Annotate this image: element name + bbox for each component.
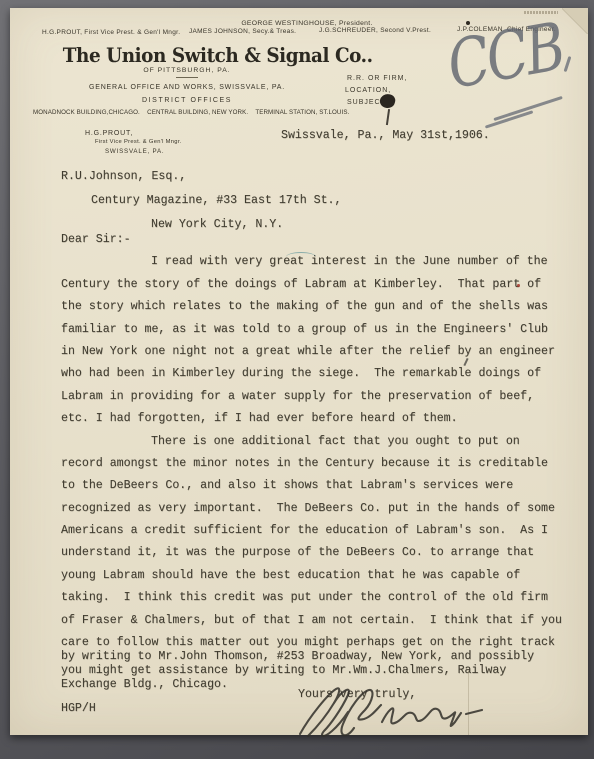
- body-line: etc. I had forgotten, if I had ever befo…: [61, 413, 583, 435]
- writer-city: SWISSVALE, PA.: [105, 149, 164, 155]
- body-line: familiar to me, as it was told to a grou…: [61, 324, 583, 346]
- district-offices-line: MONADNOCK BUILDING,CHICAGO. CENTRAL BUIL…: [33, 110, 343, 116]
- body-line: Americans a credit sufficient for the ed…: [61, 525, 583, 547]
- ink-blot: [378, 92, 396, 109]
- recipient-city: New York City, N.Y.: [151, 219, 283, 231]
- dateline: Swissvale, Pa., May 31st,1906.: [281, 130, 490, 142]
- signature-strokes: [278, 680, 518, 742]
- body-line: Labram in providing for a water supply f…: [61, 391, 583, 413]
- company-name: The Union Switch & Signal Co..: [63, 45, 311, 65]
- recipient-name: R.U.Johnson, Esq.,: [61, 171, 186, 183]
- body-line: you might get assistance by writing to M…: [61, 665, 583, 679]
- salutation: Dear Sir:-: [61, 234, 583, 256]
- company-of-line: OF PITTSBURGH, PA.: [52, 68, 322, 75]
- scan-background: GEORGE WESTINGHOUSE, President. H.G.PROU…: [0, 0, 594, 759]
- body-line: recognized as very important. The DeBeer…: [61, 503, 583, 525]
- folded-corner: [562, 8, 588, 34]
- writer-name: H.G.PROUT,: [85, 130, 133, 137]
- general-office-line: GENERAL OFFICE AND WORKS, SWISSVALE, PA.: [52, 84, 322, 91]
- body-line: of Fraser & Chalmers, but of that I am n…: [61, 615, 583, 637]
- signature: [278, 680, 518, 742]
- body-line: understand it, it was the purpose of the…: [61, 547, 583, 569]
- form-label-rr-or-firm: R.R. OR FIRM,: [347, 75, 407, 82]
- body-line: I read with very great interest in the J…: [61, 256, 583, 278]
- letterhead-officer-johnson: JAMES JOHNSON, Secy.& Treas.: [189, 29, 296, 36]
- body-line: taking. I think this credit was put unde…: [61, 592, 583, 614]
- body-line: There is one additional fact that you ou…: [61, 436, 583, 458]
- body-line: the story which relates to the making of…: [61, 301, 583, 323]
- handwritten-initials: CCB: [443, 14, 568, 99]
- body-line: in New York one night not a great while …: [61, 346, 583, 368]
- letter-body: Dear Sir:- I read with very great intere…: [61, 234, 583, 693]
- body-line: Century the story of the doings of Labra…: [61, 279, 583, 301]
- body-line: who had been in Kimberley during the sie…: [61, 368, 583, 390]
- form-label-location: LOCATION,: [345, 87, 391, 94]
- body-line: to the DeBeers Co., and also it shows th…: [61, 480, 583, 502]
- body-line: care to follow this matter out you might…: [61, 637, 583, 651]
- body-line: young Labram should have the best educat…: [61, 570, 583, 592]
- typist-initials: HGP/H: [61, 703, 96, 715]
- district-offices-label: DISTRICT OFFICES: [52, 97, 322, 104]
- letter-page: GEORGE WESTINGHOUSE, President. H.G.PROU…: [10, 8, 588, 735]
- blue-pencil-arc: [286, 252, 316, 262]
- body-line: by writing to Mr.John Thomson, #253 Broa…: [61, 651, 583, 665]
- ink-blot-drip: [386, 109, 390, 125]
- red-speck: [517, 284, 520, 287]
- letterhead-officer-prout: H.G.PROUT, First Vice Prest. & Gen'l Mng…: [42, 30, 180, 37]
- pencil-flourish-stroke: [493, 96, 562, 121]
- recipient-street: Century Magazine, #33 East 17th St.,: [91, 195, 341, 207]
- letterhead-officer-schreuder: J.G.SCHREUDER, Second V.Prest.: [319, 28, 431, 35]
- ornament-rule: [176, 77, 198, 78]
- writer-title: First Vice Prest. & Gen'l Mngr.: [95, 140, 182, 146]
- body-line: record amongst the minor notes in the Ce…: [61, 458, 583, 480]
